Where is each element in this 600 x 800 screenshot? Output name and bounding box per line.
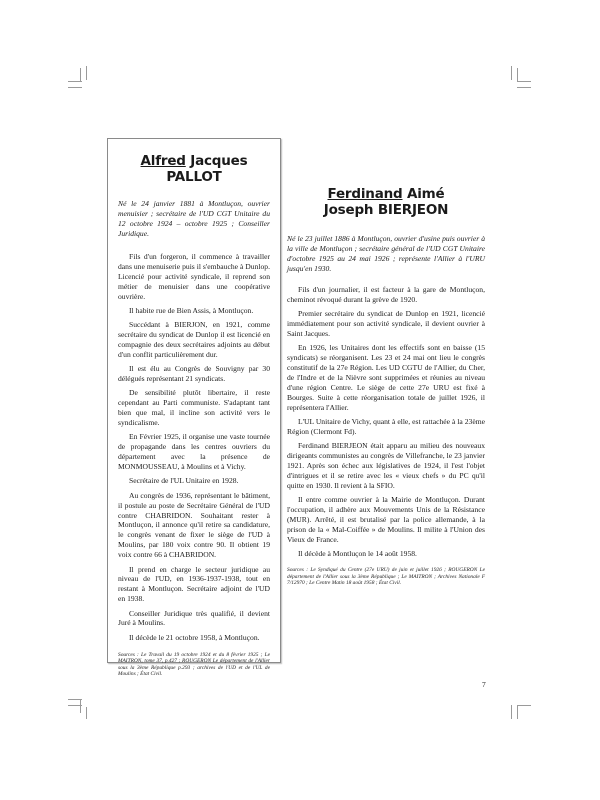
- paragraph: Conseiller Juridique très qualifié, il d…: [118, 609, 270, 629]
- paragraph: En Février 1925, il organise une vaste t…: [118, 432, 270, 472]
- paragraph: Il décède le 21 octobre 1958, à Montluço…: [118, 633, 270, 643]
- title-first-name: Alfred: [141, 153, 186, 169]
- paragraph: Il prend en charge le secteur juridique …: [118, 565, 270, 605]
- paragraph: Secrétaire de l'UL Unitaire en 1928.: [118, 476, 270, 486]
- article-pallot: Alfred Jacques PALLOT Né le 24 janvier 1…: [107, 138, 281, 663]
- paragraph: Il est élu au Congrès de Souvigny par 30…: [118, 364, 270, 384]
- paragraph: Succédant à BIERJON, en 1921, comme secr…: [118, 320, 270, 360]
- paragraph: Premier secrétaire du syndicat de Dunlop…: [287, 309, 485, 339]
- title-first-name: Ferdinand: [328, 186, 403, 202]
- article-sources: Sources : Le Syndiqué du Centre (27e URU…: [287, 567, 485, 587]
- article-title-pallot: Alfred Jacques PALLOT: [118, 153, 270, 185]
- title-rest-line1: Aimé: [402, 186, 444, 202]
- article-title-bierjeon: Ferdinand Aimé Joseph BIERJEON: [287, 186, 485, 218]
- article-bierjeon: Ferdinand Aimé Joseph BIERJEON Né le 23 …: [287, 186, 485, 587]
- paragraph: Fils d'un journalier, il est facteur à l…: [287, 285, 485, 305]
- paragraph: Fils d'un forgeron, il commence à travai…: [118, 252, 270, 302]
- paragraph: L'UL Unitaire de Vichy, quant à elle, es…: [287, 417, 485, 437]
- article-intro: Né le 24 janvier 1881 à Montluçon, ouvri…: [118, 199, 270, 239]
- paragraph: Il habite rue de Bien Assis, à Montluçon…: [118, 306, 270, 316]
- paragraph: Au congrès de 1936, représentant le bâti…: [118, 491, 270, 560]
- title-line2: Joseph BIERJEON: [324, 202, 448, 218]
- paragraph: Ferdinand BIERJEON était apparu au milie…: [287, 441, 485, 491]
- paragraph: En 1926, les Unitaires dont les effectif…: [287, 343, 485, 412]
- paragraph: Il décède à Montluçon le 14 août 1958.: [287, 549, 485, 559]
- paragraph: Il entre comme ouvrier à la Mairie de Mo…: [287, 495, 485, 545]
- page-number: 7: [482, 680, 486, 689]
- article-sources: Sources : Le Travail du 19 octobre 1924 …: [118, 652, 270, 678]
- article-intro: Né le 23 juillet 1886 à Montluçon, ouvri…: [287, 234, 485, 274]
- paragraph: De sensibilité plutôt libertaire, il res…: [118, 388, 270, 428]
